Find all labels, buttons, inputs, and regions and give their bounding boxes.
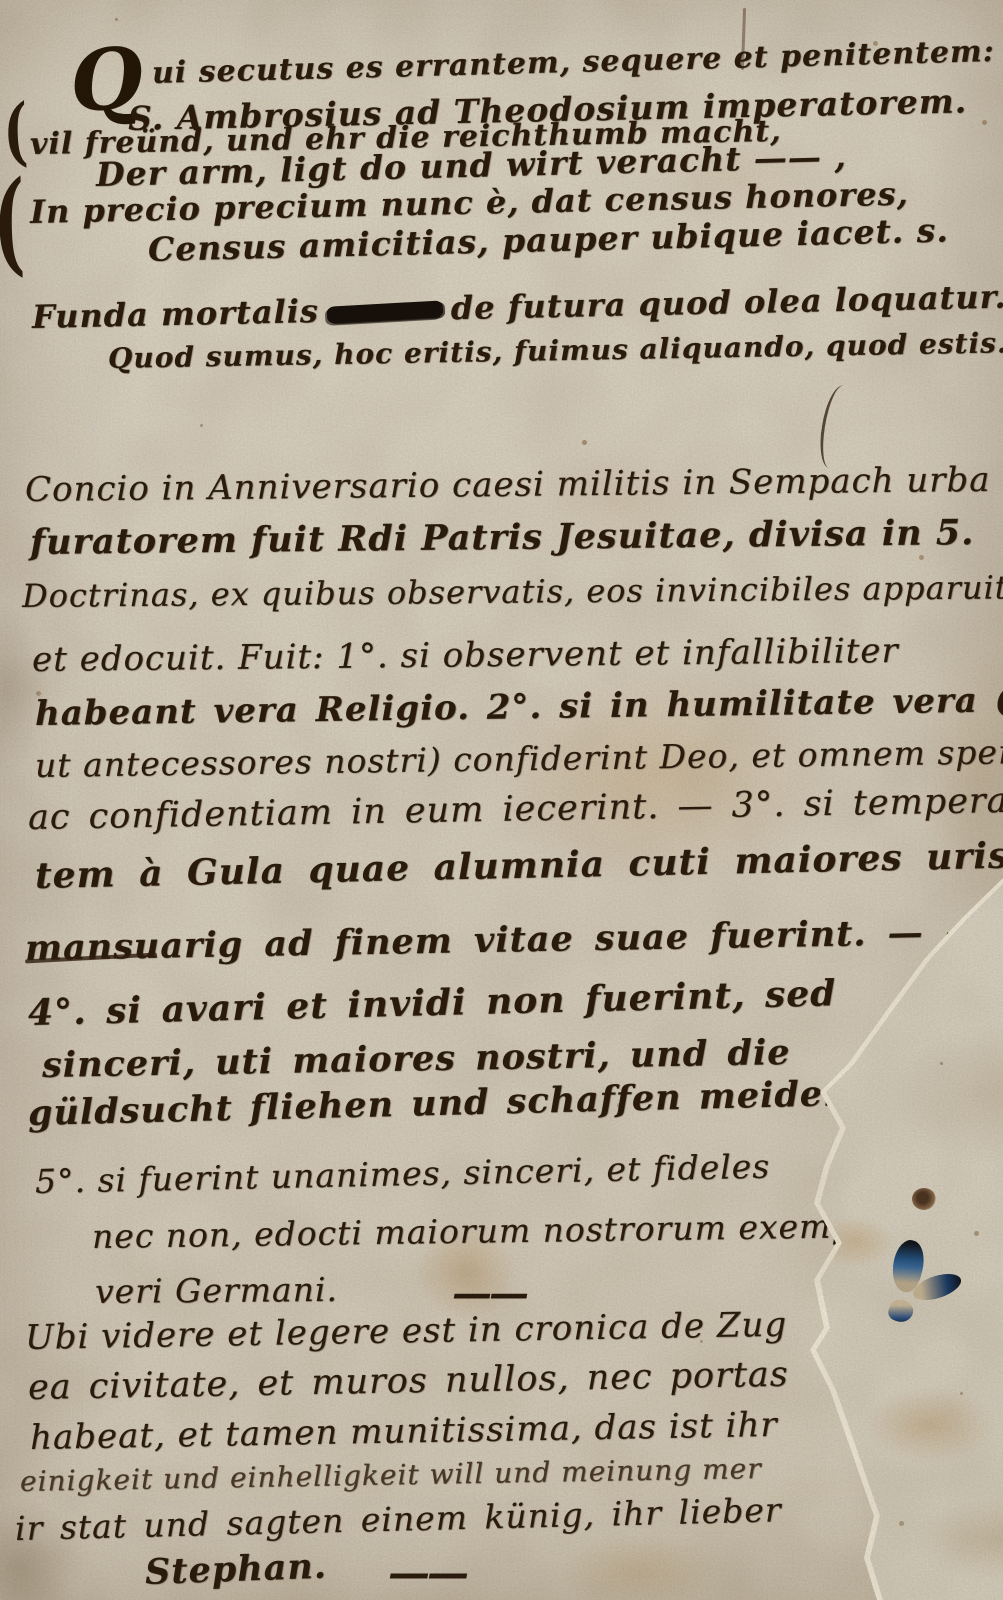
redaction-bar: [326, 300, 443, 323]
line-text: Funda mortalis: [32, 292, 320, 336]
manuscript-photo: ( ( Q ui secutus es errantem, sequere et…: [0, 0, 1003, 1600]
separator-dash: ——: [388, 1548, 466, 1597]
blue-ink-dot: [886, 1297, 916, 1326]
foxing-specks: [940, 1062, 943, 1065]
wormhole: [912, 1188, 936, 1210]
margin-brace-icon: (: [0, 166, 26, 280]
manuscript-line: veri Germani.: [95, 1270, 338, 1311]
manuscript-line: Stephan.: [144, 1546, 327, 1593]
foxing-specks: [115, 18, 118, 21]
